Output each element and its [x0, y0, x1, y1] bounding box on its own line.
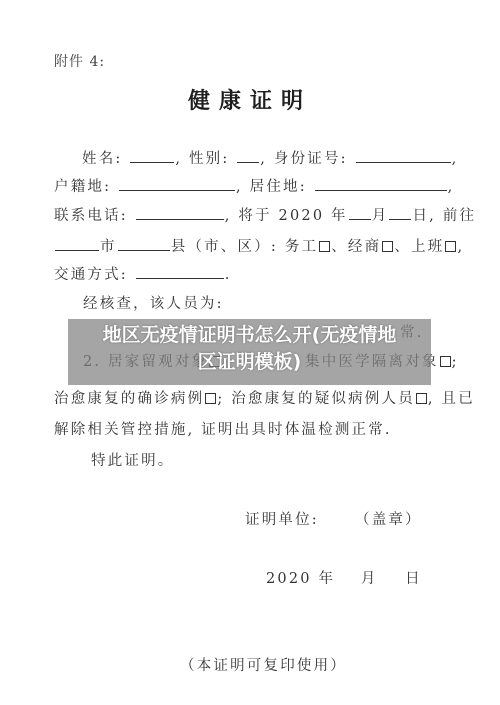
certifying-unit-label: 证明单位: [245, 511, 319, 529]
name-label: 姓名: [82, 151, 123, 167]
status-line-4: 解除相关管控措施, 证明出具时体温检测正常. [54, 421, 392, 439]
city-label: 市 [100, 239, 117, 255]
gender-field[interactable] [237, 149, 259, 163]
transport-label: 交通方式: [54, 267, 128, 283]
date-year: 2020 年 [266, 571, 335, 587]
travel-date-label: 将于 2020 年 [238, 208, 347, 224]
hukou-field[interactable] [119, 177, 235, 191]
form-row-address: 户籍地: , 居住地: , [54, 177, 454, 196]
caption-line-1: 地区无疫情证明书怎么开(无疫情地 [72, 322, 427, 349]
separator: 、 [331, 239, 348, 255]
separator: 、 [394, 239, 411, 255]
county-field[interactable] [118, 237, 170, 251]
name-field[interactable] [130, 149, 174, 163]
recovered-suspected-label: ; 治愈康复的疑似病例人员 [217, 391, 415, 407]
date-month: 月 [361, 571, 378, 587]
separator: , [260, 151, 267, 167]
line-3-end: , 且已 [428, 391, 475, 407]
separator: , [236, 179, 243, 195]
form-row-purpose: 市县（市、区）: 务工、经商、上班, [54, 237, 464, 256]
caption-text: 地区无疫情证明书怎么开(无疫情地 区证明模板) [68, 320, 431, 378]
purpose-office-label: 上班 [411, 239, 444, 255]
separator: , [452, 151, 459, 167]
document-title: 健康证明 [0, 84, 500, 115]
phone-field[interactable] [136, 206, 224, 220]
verification-intro: 经核查，该人员为: [83, 295, 224, 313]
checkbox-work[interactable] [319, 241, 330, 252]
form-row-name: 姓名: , 性别: , 身份证号: , [82, 149, 458, 168]
seal-label: （盖章） [355, 511, 422, 529]
day-field[interactable] [389, 206, 411, 220]
status-line-3: 治愈康复的确诊病例; 治愈康复的疑似病例人员, 且已 [54, 390, 475, 408]
residence-field[interactable] [315, 177, 447, 191]
recovered-confirmed-label: 治愈康复的确诊病例 [54, 391, 204, 407]
separator: . [225, 267, 232, 283]
month-field[interactable] [349, 206, 371, 220]
closing-statement: 特此证明。 [91, 452, 175, 470]
purpose-business-label: 经商 [348, 239, 381, 255]
separator: , [225, 208, 232, 224]
separator: , [448, 179, 455, 195]
date-day: 日 [405, 571, 422, 587]
city-field[interactable] [55, 237, 99, 251]
phone-label: 联系电话: [54, 208, 128, 224]
residence-label: 居住地: [250, 179, 307, 195]
month-label: 月 [372, 208, 389, 224]
checkbox-recovered-suspected[interactable] [416, 393, 427, 404]
checkbox-office[interactable] [445, 241, 456, 252]
separator: , [457, 239, 464, 255]
footnote: （本证明可复印使用） [180, 657, 347, 675]
destination-label: , 前往 [429, 208, 476, 224]
document-page: 附件 4: 健康证明 姓名: , 性别: , 身份证号: , 户籍地: , 居住… [0, 0, 500, 705]
form-row-transport: 交通方式: . [54, 265, 232, 284]
attachment-label: 附件 4: [54, 53, 105, 71]
separator: , [175, 151, 182, 167]
id-number-label: 身份证号: [274, 151, 348, 167]
caption-line-2: 区证明模板) [72, 349, 427, 376]
form-row-phone: 联系电话: , 将于 2020 年月日, 前往 [54, 206, 476, 225]
county-label: 县（市、区）: [171, 239, 278, 255]
signature-date: 2020 年 月 日 [266, 570, 422, 588]
checkbox-business[interactable] [382, 241, 393, 252]
day-label: 日 [412, 208, 429, 224]
purpose-work-label: 务工 [285, 239, 318, 255]
hukou-label: 户籍地: [54, 179, 111, 195]
checkbox-central-isolation[interactable] [440, 356, 451, 367]
gender-label: 性别: [189, 151, 230, 167]
id-number-field[interactable] [356, 149, 451, 163]
checkbox-recovered-confirmed[interactable] [205, 393, 216, 404]
transport-field[interactable] [136, 265, 224, 279]
